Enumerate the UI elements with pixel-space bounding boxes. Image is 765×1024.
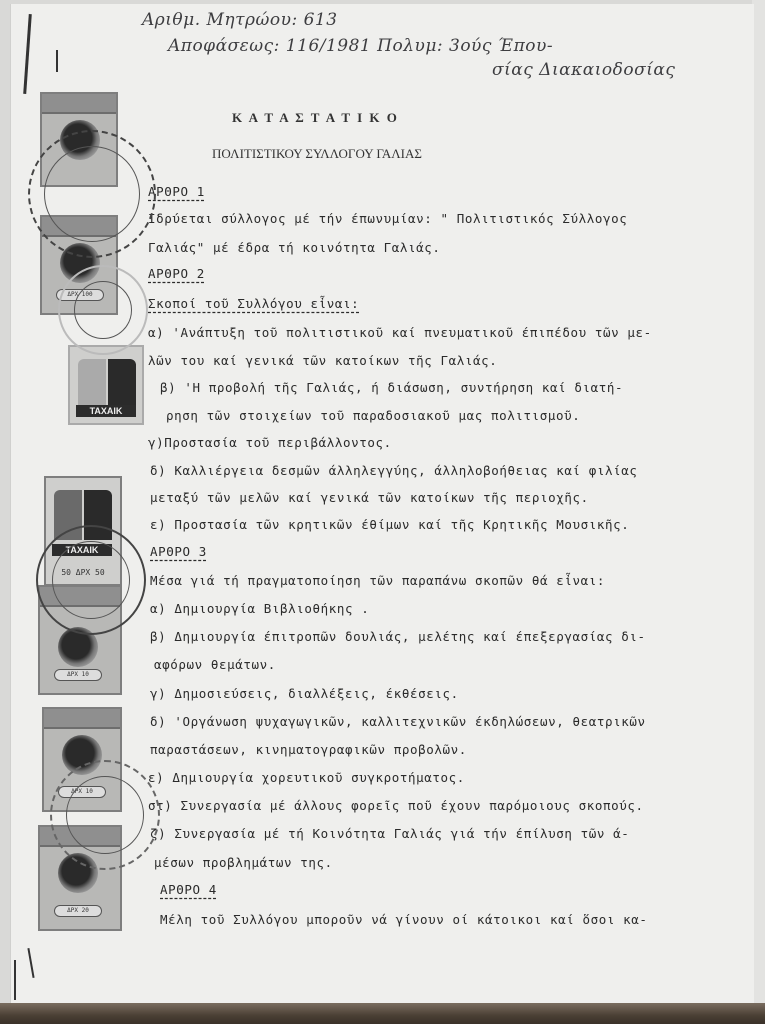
official-seal: [28, 130, 156, 258]
article-line: Γαλιάς" μέ έδρα τή κοινότητα Γαλιάς.: [148, 240, 441, 255]
margin-ink-mark: [14, 960, 16, 1000]
article-line: μεταξύ τῶν μελῶν καί γενικά τῶν κατοίκων…: [150, 490, 589, 505]
handwritten-court-line: σίας Διακαιοδοσίας: [492, 60, 675, 80]
article-3-intro: Μέσα γιά τή πραγματοποίηση τῶν παραπάνω …: [150, 573, 605, 588]
article-line: αφόρων θεμάτων.: [154, 657, 276, 672]
scales-icon: [108, 359, 136, 409]
document-title: Κ Α Τ Α Σ Τ Α Τ Ι Κ Ο: [232, 110, 399, 126]
article-line: λῶν του καί γενικά τῶν κατοίκων τῆς Γαλι…: [148, 353, 497, 368]
margin-ink-mark: [56, 50, 58, 72]
article-line: γ) Δημοσιεύσεις, διαλλέξεις, έκθέσεις.: [150, 686, 459, 701]
official-seal: [36, 525, 146, 635]
official-seal: [50, 760, 160, 870]
article-2-intro: Σκοποί τοῦ Συλλόγου εἶναι:: [148, 296, 359, 311]
official-seal: [58, 265, 148, 355]
article-line: β) Δημιουργία έπιτροπῶν δουλιάς, μελέτης…: [150, 629, 646, 644]
article-line: α) 'Ανάπτυξη τοῦ πολιτιστικοῦ καί πνευμα…: [148, 325, 652, 340]
article-line: ε) Δημιουργία χορευτικοῦ συγκροτήματος.: [148, 770, 465, 785]
tax-stamp: ΤΑΧΑΙΚ: [68, 345, 144, 425]
article-line: γ)Προστασία τοῦ περιβάλλοντος.: [148, 435, 392, 450]
article-2-heading: ΑΡΘΡΟ 2: [148, 266, 205, 281]
table-surface: [0, 1003, 765, 1024]
document-subtitle: ΠΟΛΙΤΙΣΤΙΚΟΥ ΣΥΛΛΟΓΟΥ ΓΑΛΙΑΣ: [212, 146, 422, 162]
article-1-heading: ΑΡΘΡΟ 1: [148, 184, 205, 199]
article-line: Ιδρύεται σύλλογος μέ τήν έπωνυμίαν: " Πο…: [148, 211, 627, 226]
article-line: β) 'Η προβολή τῆς Γαλιάς, ή διάσωση, συν…: [160, 380, 623, 395]
article-line: ε) Προστασία τῶν κρητικῶν έθίμων καί τῆς…: [150, 517, 629, 532]
handwritten-decision-line: Αποφάσεως: 116/1981 Πολυμ: 3ούς Έπου-: [168, 36, 553, 56]
article-line: στ) Συνεργασία μέ άλλους φορεῖς ποῦ έχου…: [148, 798, 644, 813]
article-3-heading: ΑΡΘΡΟ 3: [150, 544, 207, 559]
article-line: ζ) Συνεργασία μέ τή Κοινότητα Γαλιάς γιά…: [150, 826, 629, 841]
article-line: δ) 'Οργάνωση ψυχαγωγικῶν, καλλιτεχνικῶν …: [150, 714, 646, 729]
article-line: μέσων προβλημάτων της.: [154, 855, 333, 870]
handwritten-registry-number: Αριθμ. Μητρώου: 613: [142, 10, 338, 30]
article-4-heading: ΑΡΘΡΟ 4: [160, 882, 217, 897]
article-line: α) Δημιουργία Βιβλιοθήκης .: [150, 601, 369, 616]
article-line: δ) Καλλιέργεια δεσμῶν άλληλεγγύης, άλληλ…: [150, 463, 638, 478]
article-line: Μέλη τοῦ Συλλόγου μποροῦν νά γίνουν οί κ…: [160, 912, 648, 927]
article-line: παραστάσεων, κινηματογραφικῶν προβολῶν.: [150, 742, 467, 757]
article-line: ρηση τῶν στοιχείων τοῦ παραδοσιακοῦ μας …: [166, 408, 580, 423]
